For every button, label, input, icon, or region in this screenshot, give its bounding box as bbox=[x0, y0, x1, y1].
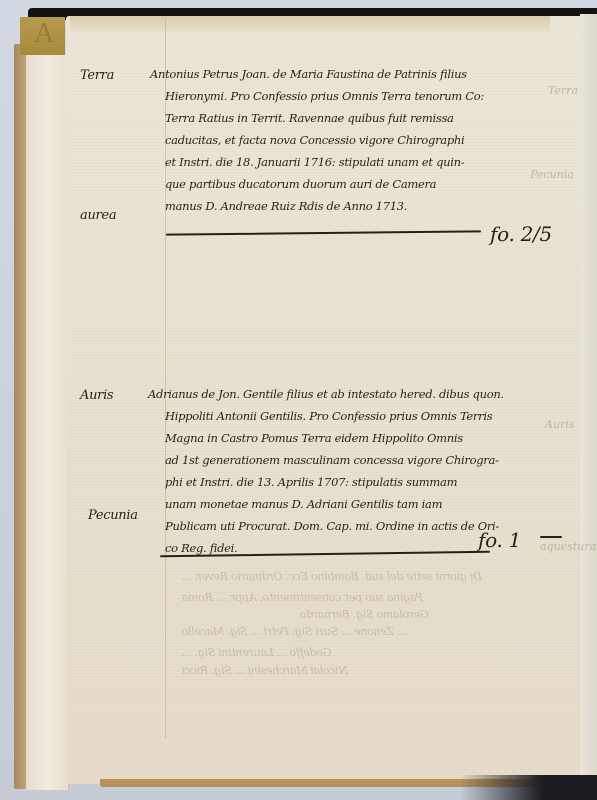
entry-text-line: et Instri. die 18. Januarii 1716: stipul… bbox=[165, 152, 464, 174]
entry-text-line: Hippoliti Antonii Gentilis. Pro Confessi… bbox=[165, 406, 492, 428]
margin-label: Auris bbox=[80, 388, 113, 403]
folio-dash bbox=[540, 536, 562, 538]
entry-text-line: ad 1st generationem masculinam concessa … bbox=[165, 450, 499, 472]
entry-text-line: caducitas, et facta nova Concessio vigor… bbox=[165, 130, 464, 152]
scan-shadow-bottom bbox=[460, 775, 597, 800]
entry-text-line: manus D. Andreae Ruiz Rdis de Anno 1713. bbox=[165, 196, 407, 218]
binding-guard-strip bbox=[26, 55, 69, 790]
water-stain bbox=[70, 16, 550, 34]
margin-label-lower: aurea bbox=[80, 208, 116, 223]
bleed-margin-label: Pecunia bbox=[530, 168, 574, 181]
entry-text-line: Adrianus de Jon. Gentile filius et ab in… bbox=[148, 384, 504, 406]
bleed-margin-label: Terra bbox=[548, 84, 578, 97]
folio-mark: fo. 2/5 bbox=[490, 222, 552, 246]
bleed-margin-label: aquestura bbox=[540, 540, 596, 553]
entry-text-line: Hieronymi. Pro Confessio prius Omnis Ter… bbox=[165, 86, 484, 108]
entry-text-line: que partibus ducatorum duorum auri de Ca… bbox=[165, 174, 436, 196]
index-tab-letter: A bbox=[34, 18, 54, 50]
bleed-line: Nicolai Marchesini ... Sig. Ricci bbox=[182, 660, 348, 681]
entry-text-line: Magna in Castro Pomus Terra eidem Hippol… bbox=[165, 428, 463, 450]
bleed-line: ... Zenone ... Suzi Sig. Petri ... Sig. … bbox=[182, 621, 407, 642]
next-page-edge bbox=[580, 14, 597, 786]
bleed-line: Di giorni sette del sud. Bambino Ecc. Or… bbox=[182, 566, 482, 587]
entry-text-line: Terra Ratius in Territ. Ravennae quibus … bbox=[165, 108, 454, 130]
margin-label-lower: Pecunia bbox=[88, 508, 138, 523]
entry-text-line: Publicam uti Procurat. Dom. Cap. mi. Ord… bbox=[165, 516, 499, 538]
entry-text-line: unam monetae manus D. Adriani Gentilis t… bbox=[165, 494, 442, 516]
entry-text-line: phi et Instri. die 13. Aprilis 1707: sti… bbox=[165, 472, 457, 494]
bleed-margin-label: Auris bbox=[545, 418, 574, 431]
folio-mark: fo. 1 bbox=[478, 528, 521, 552]
entry-text-line: Antonius Petrus Joan. de Maria Faustina … bbox=[150, 64, 467, 86]
margin-label: Terra bbox=[80, 68, 114, 83]
